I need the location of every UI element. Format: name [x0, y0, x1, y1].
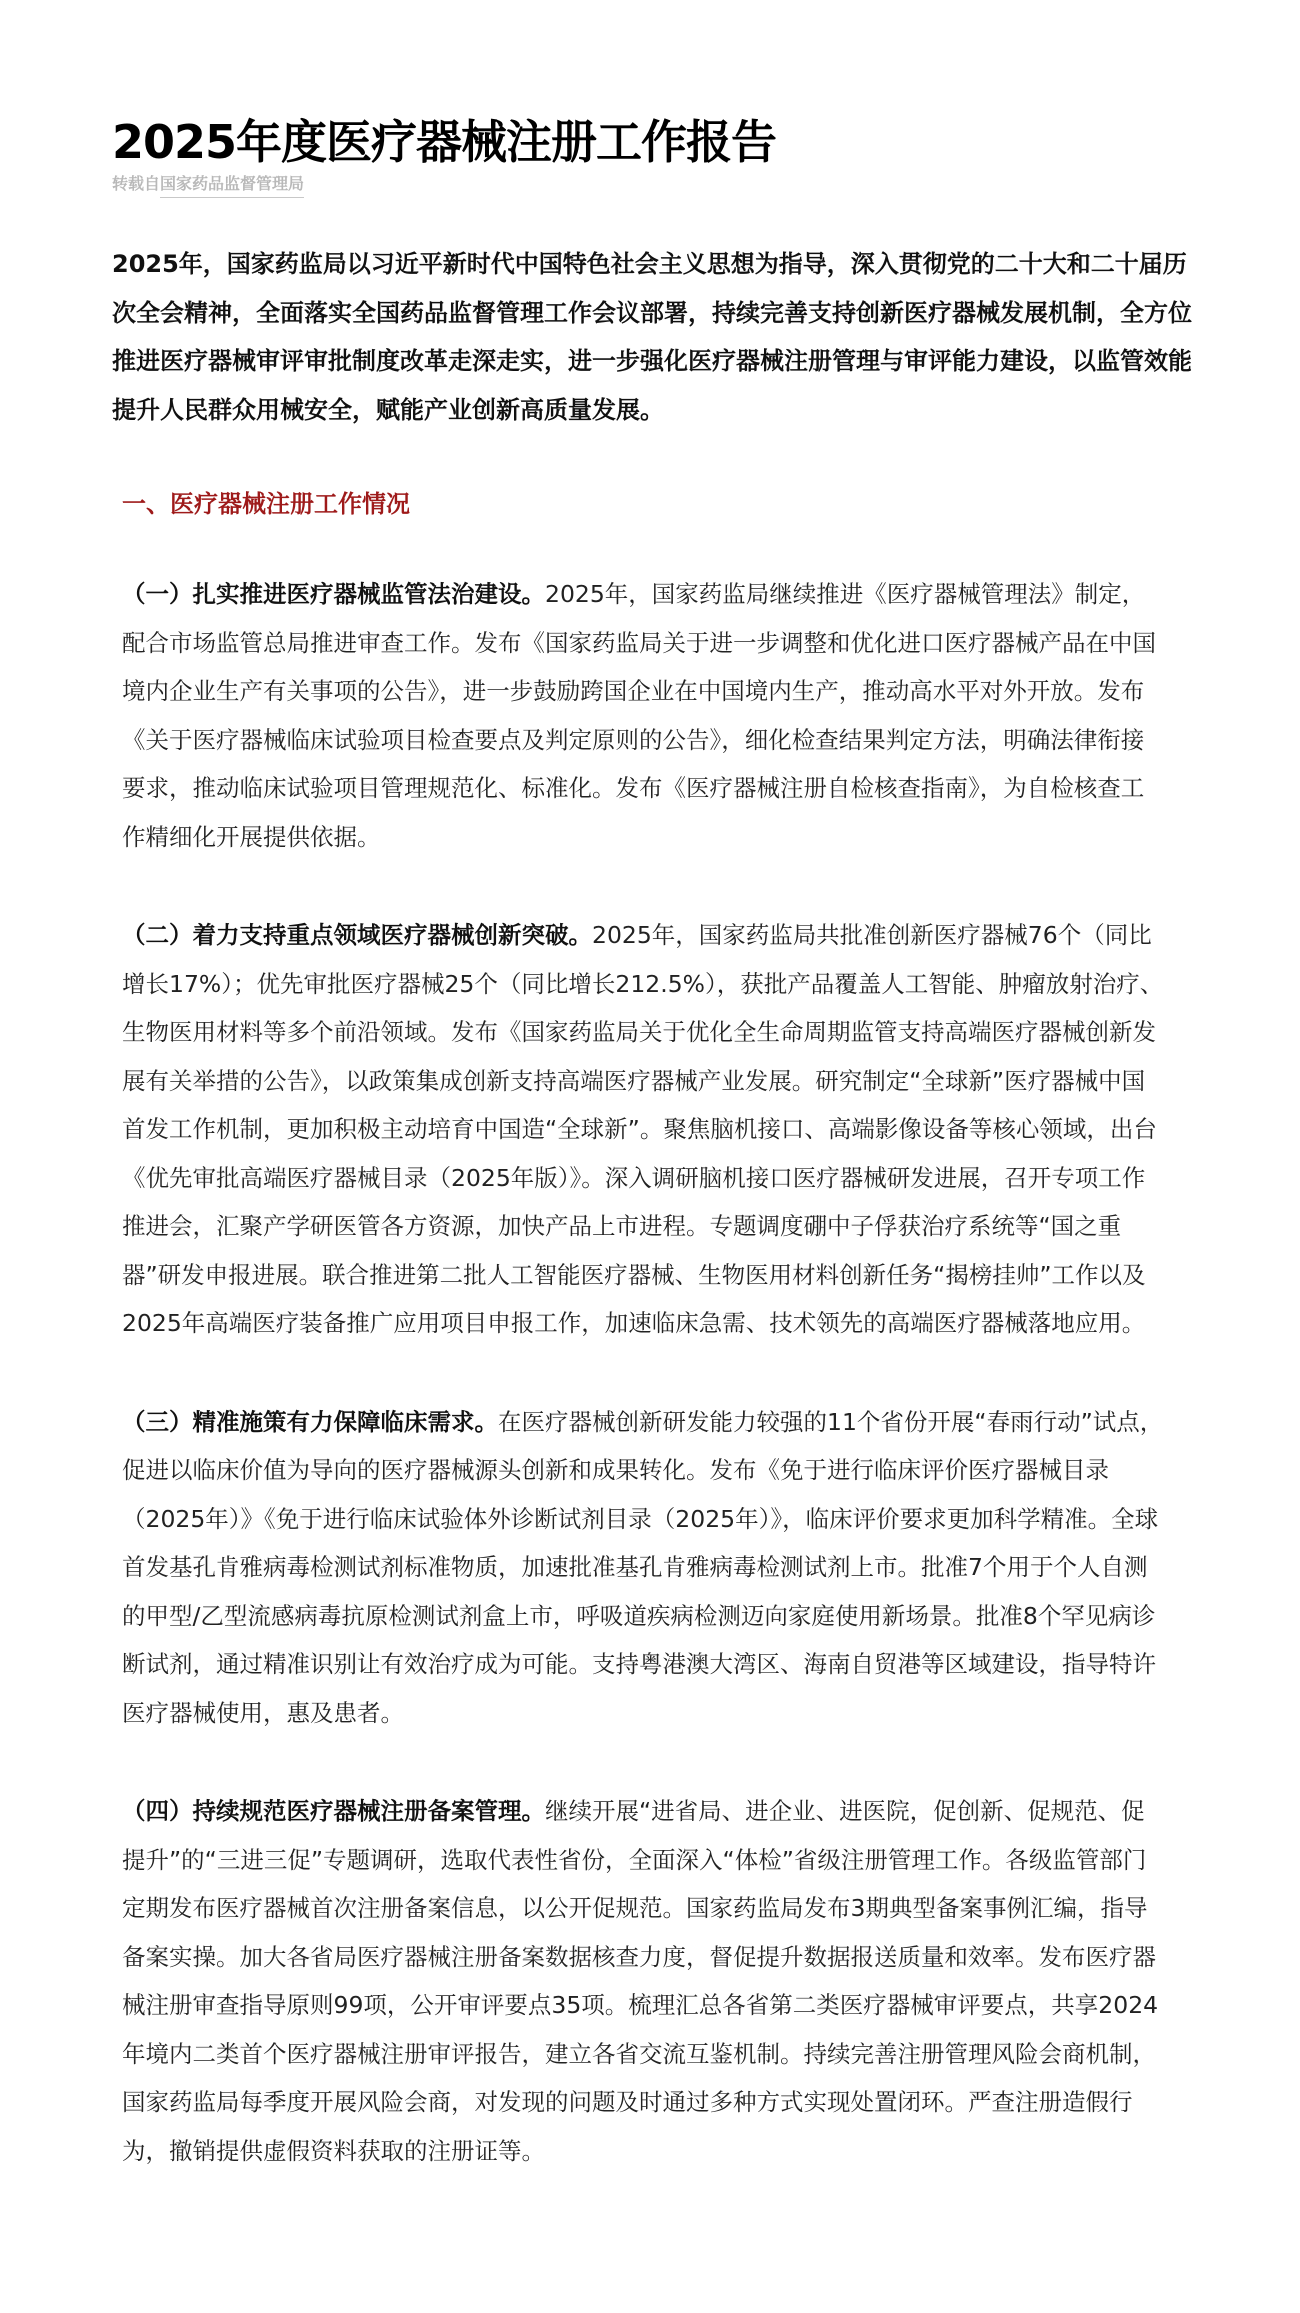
- paragraph-1-lead: （一）扎实推进医疗器械监管法治建设。: [122, 580, 545, 608]
- source-link[interactable]: 国家药品监督管理局: [160, 174, 304, 198]
- article-source: 转载自国家药品监督管理局: [112, 174, 304, 194]
- paragraph-2: （二）着力支持重点领域医疗器械创新突破。2025年，国家药监局共批准创新医疗器械…: [122, 911, 1167, 1348]
- paragraph-4-body: 继续开展“进省局、进企业、进医院，促创新、促规范、促提升”的“三进三促”专题调研…: [122, 1797, 1158, 2165]
- source-prefix: 转载自: [112, 174, 160, 193]
- paragraph-3-lead: （三）精准施策有力保障临床需求。: [122, 1408, 498, 1436]
- section-heading: 一、医疗器械注册工作情况: [122, 484, 1192, 524]
- paragraph-1-body: 2025年，国家药监局继续推进《医疗器械管理法》制定，配合市场监管总局推进审查工…: [122, 580, 1156, 851]
- paragraph-4-lead: （四）持续规范医疗器械注册备案管理。: [122, 1797, 545, 1825]
- paragraph-2-lead: （二）着力支持重点领域医疗器械创新突破。: [122, 921, 592, 949]
- paragraph-4: （四）持续规范医疗器械注册备案管理。继续开展“进省局、进企业、进医院，促创新、促…: [122, 1787, 1167, 2175]
- paragraph-3-body: 在医疗器械创新研发能力较强的11个省份开展“春雨行动”试点，促进以临床价值为导向…: [122, 1408, 1163, 1727]
- paragraph-2-body: 2025年，国家药监局共批准创新医疗器械76个（同比增长17%）；优先审批医疗器…: [122, 921, 1163, 1337]
- paragraph-3: （三）精准施策有力保障临床需求。在医疗器械创新研发能力较强的11个省份开展“春雨…: [122, 1398, 1167, 1738]
- article: 2025年度医疗器械注册工作报告 转载自国家药品监督管理局 2025年，国家药监…: [0, 0, 1192, 2175]
- intro-paragraph: 2025年，国家药监局以习近平新时代中国特色社会主义思想为指导，深入贯彻党的二十…: [112, 240, 1192, 434]
- article-title: 2025年度医疗器械注册工作报告: [112, 112, 1192, 172]
- paragraph-1: （一）扎实推进医疗器械监管法治建设。2025年，国家药监局继续推进《医疗器械管理…: [122, 570, 1167, 861]
